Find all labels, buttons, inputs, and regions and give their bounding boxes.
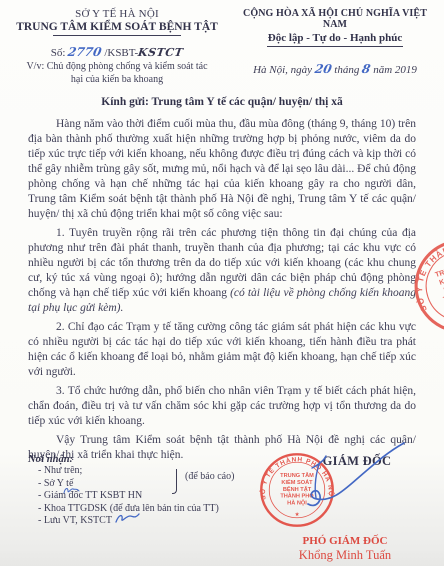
signer-name: Khổng Minh Tuấn [255,548,435,563]
parent-org-name: SỞ Y TẾ HÀ NỘI [8,8,226,20]
org-underline [53,35,181,36]
handwritten-signature-icon [292,438,410,521]
paragraph-item-2: 2. Chỉ đạo các Trạm y tế tăng cường công… [28,320,416,380]
document-number-suffix: /KSBT- [104,47,138,59]
handwritten-paraph-icon [114,512,140,530]
place-date-line: Hà Nội, ngày 20 tháng 8 năm 2019 [232,62,438,76]
salutation-line: Kính gửi: Trung tâm Y tế các quận/ huyện… [0,96,444,108]
paragraph-item-1: 1. Tuyên truyền rộng rãi trên các phương… [28,226,416,316]
paragraph-intro: Hàng năm vào thời điểm cuối mùa thu, đầu… [28,117,416,222]
date-middle: tháng [334,64,359,76]
org-name: TRUNG TÂM KIỂM SOÁT BỆNH TẬT [8,21,226,33]
national-motto-block: CỘNG HÒA XÃ HỘI CHỦ NGHĨA VIỆT NAM Độc l… [232,8,438,76]
recipients-label: Nơi nhận: [28,454,258,465]
recipient-item: - Lưu VT, KSTCT [38,515,258,528]
national-motto: Độc lập - Tự do - Hạnh phúc [232,32,438,44]
recipients-block: Nơi nhận: - Như trên; - Sở Y tế - Giám đ… [28,454,258,528]
recipient-item-luu: - Lưu VT, KSTCT [38,515,112,526]
date-month-handwritten: 8 [361,62,372,76]
official-letter-page: SỞ Y TẾ HÀ NỘI TRUNG TÂM KIỂM SOÁT BỆNH … [0,0,444,566]
document-number-handwritten: 2770 [67,45,103,59]
subject-line-1: V/v: Chủ động phòng chống và kiểm soát t… [8,61,226,74]
recipients-note: (để báo cáo) [185,471,234,482]
deputy-director-title: PHÓ GIÁM ĐỐC [255,535,435,547]
motto-underline [267,46,403,47]
issuing-org-block: SỞ Y TẾ HÀ NỘI TRUNG TÂM KIỂM SOÁT BỆNH … [8,8,226,86]
subject-block: V/v: Chủ động phòng chống và kiểm soát t… [8,61,226,86]
date-prefix: Hà Nội, ngày [253,64,312,76]
recipients-brace [172,469,177,494]
date-day-handwritten: 20 [314,62,333,76]
document-number-label: Số: [51,47,66,59]
recipient-item: - Khoa TTGDSK (để đưa lên bản tin của TT… [38,503,258,516]
national-title: CỘNG HÒA XÃ HỘI CHỦ NGHĨA VIỆT NAM [232,8,438,30]
date-suffix: năm 2019 [373,64,417,76]
paragraph-item-3: 3. Tổ chức hướng dẫn, phổ biến cho nhân … [28,384,416,429]
handwritten-vt-mark-icon [62,482,80,500]
letter-body: Hàng năm vào thời điểm cuối mùa thu, đầu… [28,117,416,467]
subject-line-2: hại của kiến ba khoang [8,74,226,87]
document-dept-handwritten: KSTCT [137,46,184,59]
document-number-line: Số: 2770 /KSBT-KSTCT [8,45,226,59]
